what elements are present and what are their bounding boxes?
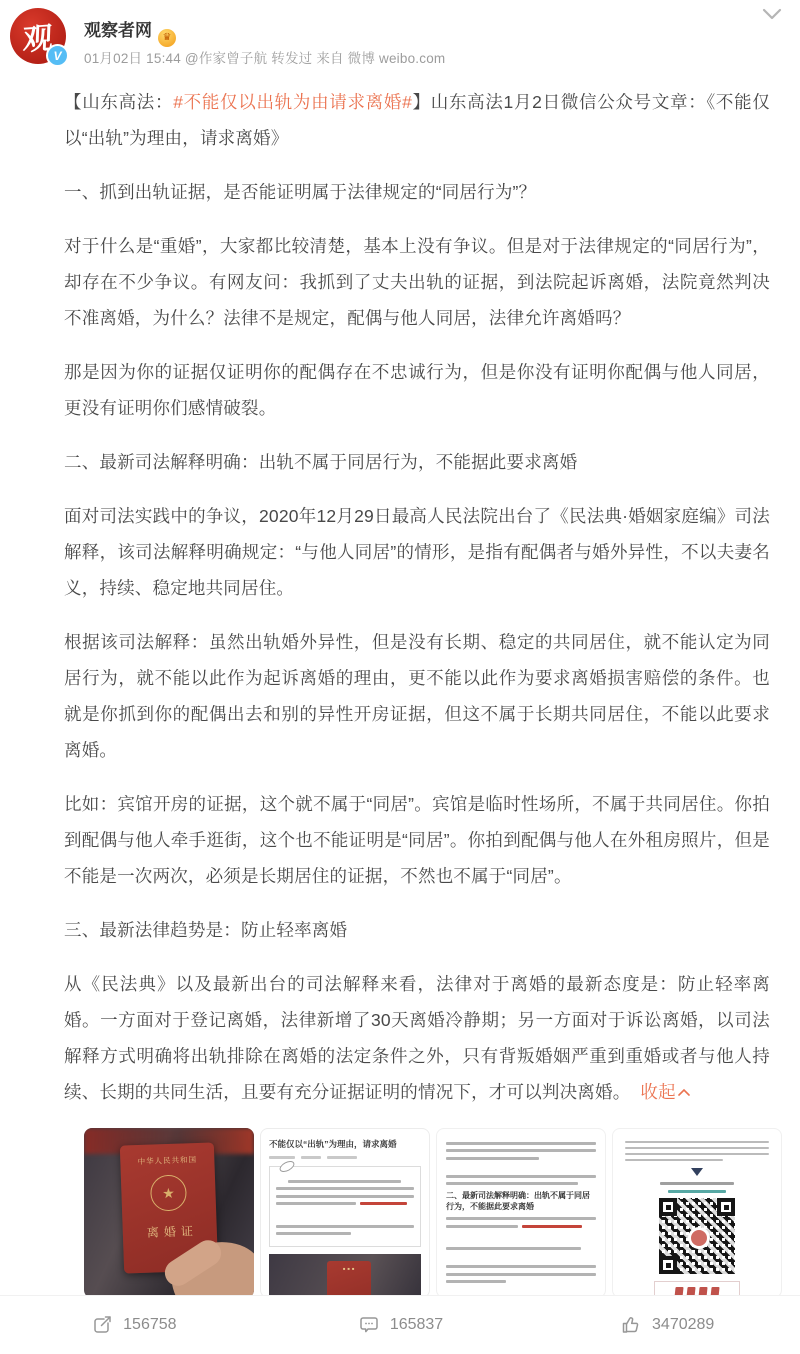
like-count: 3470289 bbox=[652, 1316, 714, 1334]
qr-finder-icon bbox=[717, 1198, 735, 1216]
post-paragraph: 根据该司法解释：虽然出轨婚外异性，但是没有长期、稳定的共同居住，就不能认定为同居… bbox=[64, 624, 770, 768]
triangle-down-icon bbox=[691, 1168, 703, 1176]
text-line-placeholder bbox=[446, 1182, 578, 1185]
text-line-placeholder bbox=[446, 1225, 596, 1243]
post-paragraph: 面对司法实践中的争议，2020年12月29日最高人民法院出台了《民法典·婚姻家庭… bbox=[64, 498, 770, 606]
post-paragraph: 一、抓到出轨证据，是否能证明属于法律规定的“同居行为”？ bbox=[64, 174, 770, 210]
article-section-heading: 二、最新司法解释明确：出轨不属于同居行为，不能据此要求离婚 bbox=[446, 1190, 596, 1212]
text-line-placeholder bbox=[276, 1202, 414, 1220]
vip-crown-icon: ♛ bbox=[158, 29, 176, 47]
text-line-placeholder bbox=[446, 1149, 596, 1152]
text-line-placeholder bbox=[288, 1180, 401, 1183]
username-text: 观察者网 bbox=[84, 21, 152, 40]
qr-center-logo bbox=[688, 1227, 710, 1249]
comment-icon bbox=[357, 1313, 381, 1337]
quote-box bbox=[269, 1166, 421, 1247]
text-line-placeholder bbox=[446, 1142, 596, 1145]
text-line-placeholder bbox=[446, 1247, 581, 1250]
qr-finder-icon bbox=[659, 1256, 677, 1274]
national-emblem-icon: ★ bbox=[150, 1174, 187, 1211]
repost-button[interactable]: 156758 bbox=[0, 1296, 267, 1354]
text-line-placeholder bbox=[625, 1147, 769, 1150]
post-paragraph: 二、最新司法解释明确：出轨不属于同居行为，不能据此要求离婚 bbox=[64, 444, 770, 480]
post-body: 【山东高法：#不能仅以出轨为由请求离婚#】山东高法1月2日微信公众号文章：《不能… bbox=[0, 76, 800, 1298]
comment-count: 165837 bbox=[390, 1316, 443, 1334]
text-line-placeholder bbox=[276, 1232, 351, 1235]
thumbnail-row: 中华人民共和国 ★ 离婚证 不能仅以“出轨”为理由，请求离婚 bbox=[84, 1128, 770, 1298]
text-line-placeholder bbox=[269, 1156, 295, 1159]
text-line-placeholder bbox=[276, 1195, 414, 1198]
text-line-placeholder bbox=[625, 1159, 723, 1162]
article-title: 不能仅以“出轨”为理由，请求离婚 bbox=[269, 1138, 421, 1150]
chevron-up-icon bbox=[678, 1088, 690, 1096]
hashtag-link[interactable]: #不能仅以出轨为由请求离婚# bbox=[173, 92, 412, 112]
post-paragraph: 三、最新法律趋势是：防止轻率离婚 bbox=[64, 912, 770, 948]
comment-button[interactable]: 165837 bbox=[267, 1296, 534, 1354]
post-intro: 【山东高法：#不能仅以出轨为由请求离婚#】山东高法1月2日微信公众号文章：《不能… bbox=[64, 84, 770, 156]
link-line-placeholder bbox=[668, 1190, 726, 1193]
thumbs-up-icon bbox=[619, 1313, 643, 1337]
share-icon bbox=[90, 1313, 114, 1337]
thumbnail-article-screenshot[interactable]: 不能仅以“出轨”为理由，请求离婚 ■ ■ ■ bbox=[260, 1128, 430, 1298]
weibo-post-card: 观 V 观察者网♛ 01月02日 15:44 @作家曾子航 转发过 来自 微博 … bbox=[0, 0, 800, 1354]
username[interactable]: 观察者网♛ bbox=[84, 16, 176, 47]
text-line-placeholder bbox=[327, 1156, 357, 1159]
text-line-placeholder bbox=[276, 1225, 414, 1228]
like-button[interactable]: 3470289 bbox=[533, 1296, 800, 1354]
post-meta: 01月02日 15:44 @作家曾子航 转发过 来自 微博 weibo.com bbox=[84, 47, 445, 67]
qr-finder-icon bbox=[659, 1198, 677, 1216]
text-line-placeholder bbox=[625, 1153, 769, 1156]
article-meta-placeholder bbox=[269, 1156, 421, 1159]
text-line-placeholder bbox=[446, 1280, 506, 1283]
text-line-placeholder bbox=[446, 1265, 596, 1268]
text-line-placeholder bbox=[446, 1175, 596, 1178]
paperclip-icon bbox=[278, 1159, 296, 1174]
qr-code bbox=[659, 1198, 735, 1274]
collapse-link[interactable]: 收起 bbox=[640, 1082, 689, 1102]
text-line-placeholder bbox=[446, 1273, 596, 1276]
post-last-paragraph: 从《民法典》以及最新出台的司法解释来看，法律对于离婚的最新态度是：防止轻率离婚。… bbox=[64, 966, 770, 1110]
thumbnail-text-screenshot[interactable]: 二、最新司法解释明确：出轨不属于同居行为，不能据此要求离婚 bbox=[436, 1128, 606, 1298]
post-header: 观 V 观察者网♛ 01月02日 15:44 @作家曾子航 转发过 来自 微博 … bbox=[0, 0, 800, 76]
certificate-country-text: 中华人民共和国 bbox=[120, 1153, 214, 1167]
verified-badge-icon: V bbox=[46, 44, 69, 67]
post-paragraph: 那是因为你的证据仅证明你的配偶存在不忠诚行为，但是你没有证明你配偶与他人同居，更… bbox=[64, 354, 770, 426]
certificate-title-text: 离婚证 bbox=[123, 1221, 218, 1241]
text-line-placeholder bbox=[276, 1187, 414, 1190]
text-line-placeholder bbox=[446, 1217, 596, 1220]
text-line-placeholder bbox=[625, 1141, 769, 1144]
action-bar: 156758 165837 3470289 bbox=[0, 1295, 800, 1354]
text-line-placeholder bbox=[660, 1182, 734, 1185]
text-line-placeholder bbox=[446, 1157, 539, 1160]
repost-count: 156758 bbox=[123, 1316, 176, 1334]
mini-certificate: ■ ■ ■ bbox=[327, 1261, 371, 1299]
article-photo-fragment: ■ ■ ■ bbox=[269, 1254, 421, 1299]
post-paragraph: 比如：宾馆开房的证据，这个就不属于“同居”。宾馆是临时性场所，不属于共同居住。你… bbox=[64, 786, 770, 894]
thumbnail-qr-screenshot[interactable] bbox=[612, 1128, 782, 1298]
thumbnail-divorce-certificate-photo[interactable]: 中华人民共和国 ★ 离婚证 bbox=[84, 1128, 254, 1298]
text-line-placeholder bbox=[301, 1156, 321, 1159]
post-paragraph: 对于什么是“重婚”，大家都比较清楚，基本上没有争议。但是对于法律规定的“同居行为… bbox=[64, 228, 770, 336]
intro-prefix: 【山东高法： bbox=[64, 92, 173, 112]
